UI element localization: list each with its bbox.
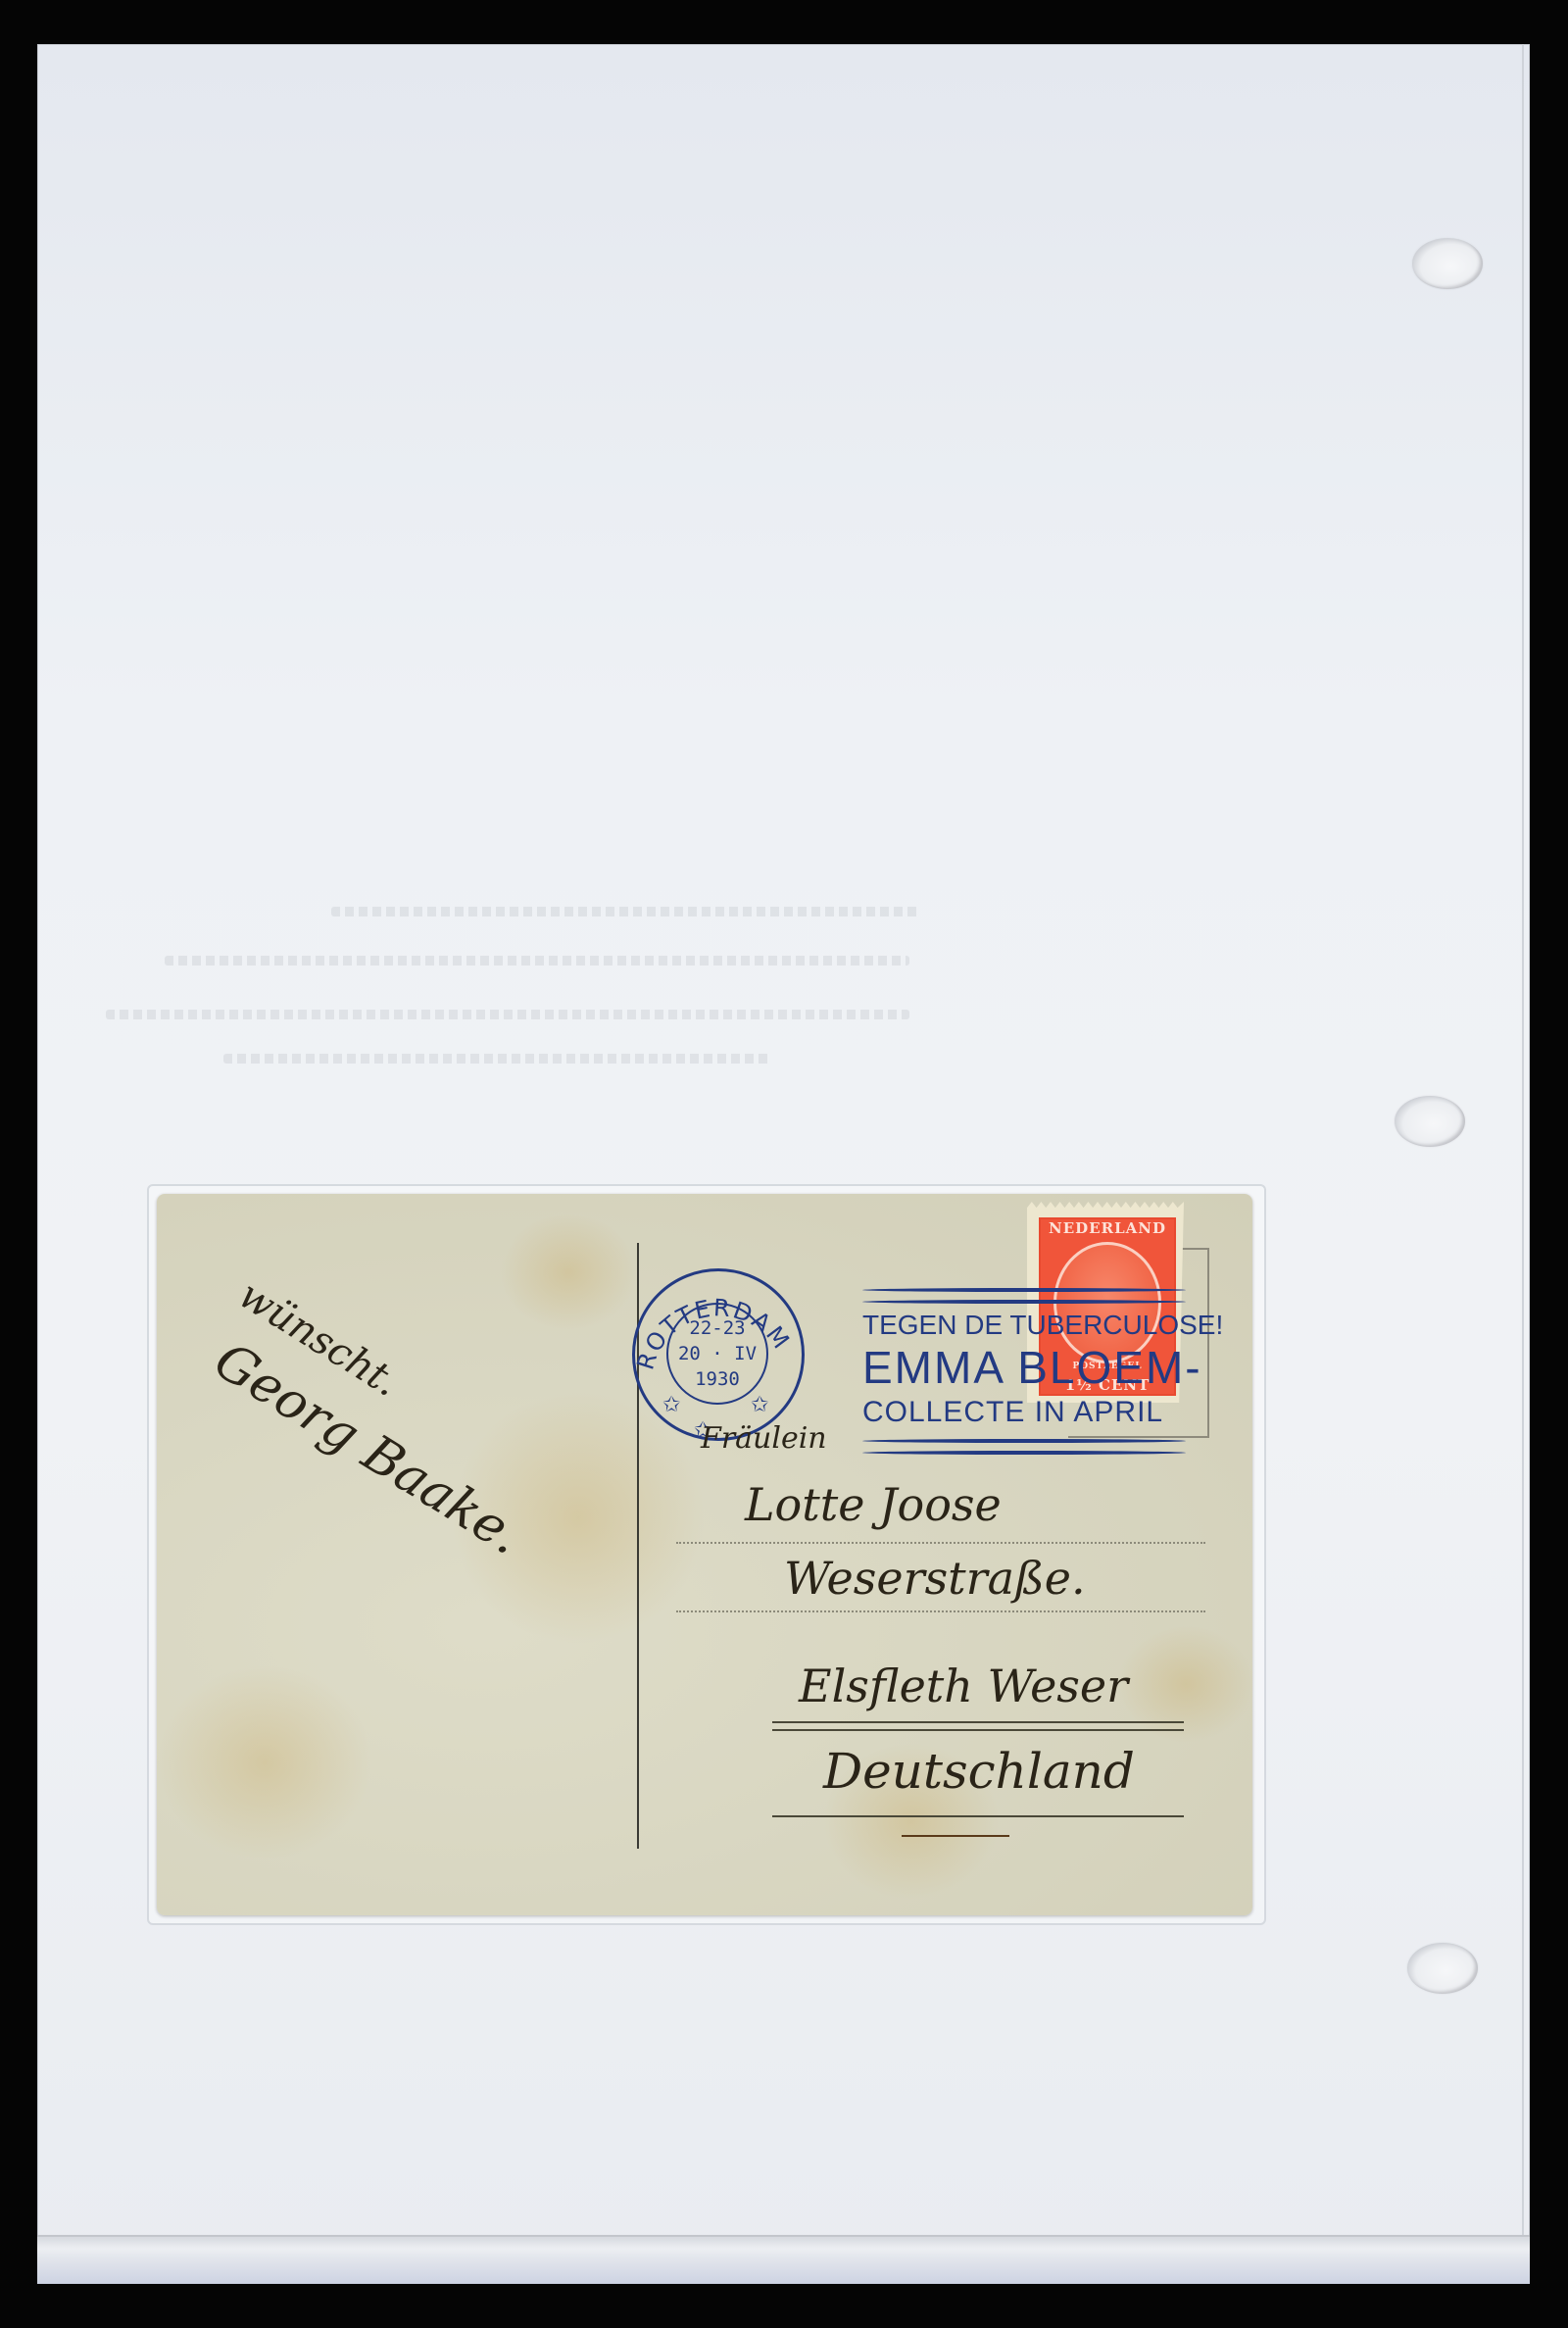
country-double-underline	[902, 1835, 1009, 1837]
postmark-year: 1930	[695, 1366, 740, 1392]
page-bottom-strip	[37, 2235, 1530, 2284]
slogan-line-3: COLLECTE IN APRIL	[862, 1396, 1163, 1429]
bleed-line	[331, 907, 919, 916]
postcard: wünscht. Georg Baake. ROTTERDAM 22-23 20…	[157, 1194, 1252, 1915]
address-guide-line	[676, 1610, 1205, 1612]
age-stain	[157, 1664, 372, 1860]
wavy-line	[862, 1300, 1186, 1304]
age-stain	[1117, 1625, 1252, 1743]
punch-hole-top	[1412, 238, 1483, 289]
album-page	[37, 44, 1530, 2284]
address-city: Elsfleth Weser	[799, 1659, 1128, 1712]
postmark-time: 22-23	[689, 1315, 745, 1341]
punch-hole-middle	[1395, 1096, 1465, 1147]
stamp-country: NEDERLAND	[1049, 1219, 1166, 1237]
bleed-line	[165, 956, 909, 966]
wavy-line	[862, 1439, 1186, 1443]
wavy-line	[862, 1288, 1186, 1292]
slogan-line-1: TEGEN DE TUBERCULOSE!	[862, 1310, 1223, 1341]
rotterdam-postmark: ROTTERDAM 22-23 20 · IV 1930 ✩ ✩ ✩	[632, 1268, 805, 1441]
address-guide-line	[676, 1542, 1205, 1544]
wavy-line	[862, 1451, 1186, 1455]
punch-hole-bottom	[1407, 1943, 1478, 1994]
bleed-line	[106, 1010, 909, 1019]
star-icon: ✩	[751, 1393, 768, 1417]
city-underline	[772, 1721, 1184, 1723]
address-street: Weserstraße.	[784, 1552, 1086, 1605]
postmark-date: 20 · IV	[678, 1341, 757, 1366]
page-edge	[1522, 44, 1524, 2284]
slogan-line-2: EMMA BLOEM-	[862, 1341, 1202, 1394]
city-underline	[772, 1729, 1184, 1731]
bleed-line	[223, 1054, 772, 1064]
country-underline	[772, 1815, 1184, 1817]
star-icon: ✩	[662, 1393, 680, 1417]
address-country: Deutschland	[823, 1743, 1135, 1800]
bleed-through-text	[106, 887, 1233, 1083]
address-salutation: Fräulein	[701, 1421, 827, 1456]
address-name: Lotte Joose	[745, 1478, 1002, 1531]
postmark-date-block: 22-23 20 · IV 1930	[666, 1303, 768, 1405]
age-stain	[500, 1214, 637, 1331]
